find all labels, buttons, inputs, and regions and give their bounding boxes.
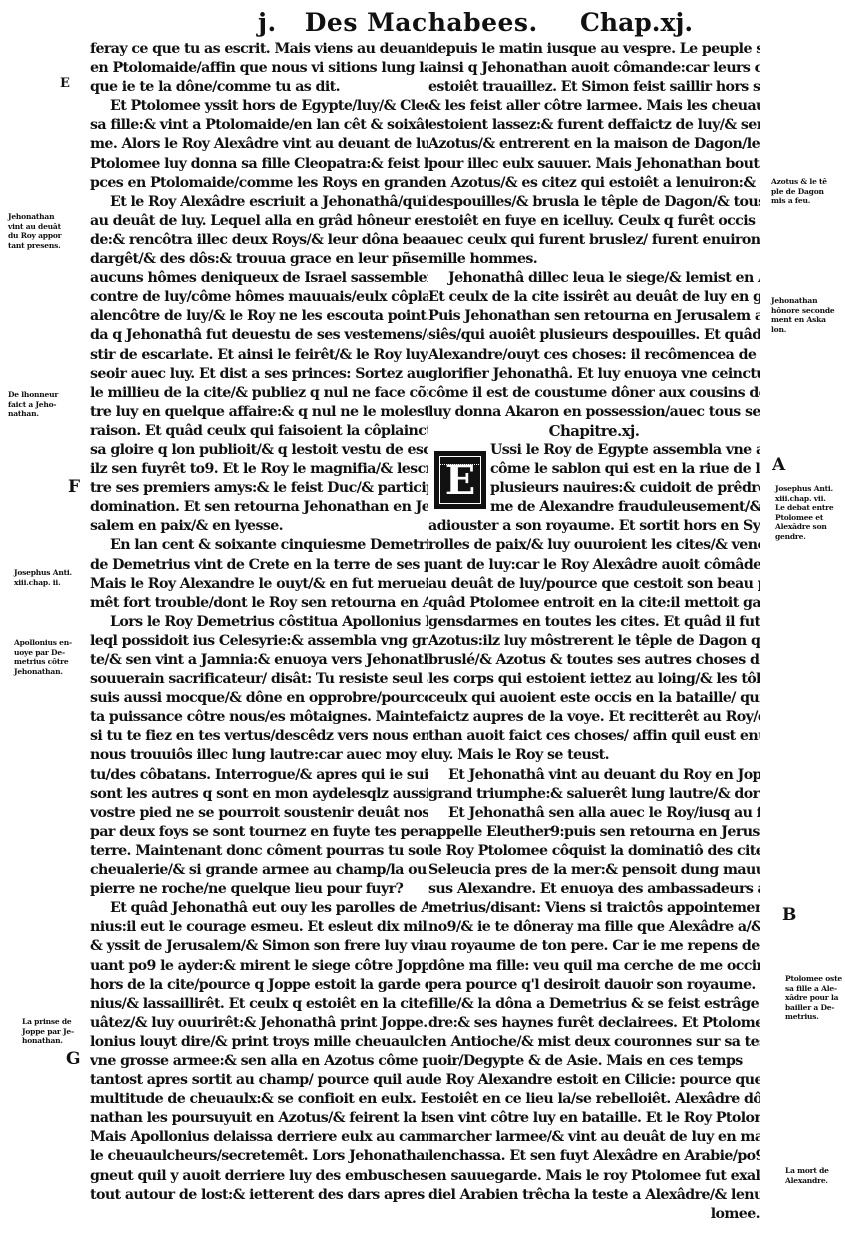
text-line: Et Jehonathâ sen alla auec le Roy/iusq a… [428,804,760,823]
text-line: au deuât de luy. Lequel alla en grâd hôn… [90,212,428,231]
margin-note-line: tant presens. [8,241,70,251]
right-text-column: depuis le matin iusque au vespre. Le peu… [428,40,760,1224]
text-line: lonius louyt dire/& print troys mille ch… [90,1033,428,1052]
margin-note-line: vint au deuât [8,222,70,232]
margin-note-line: Ptolomee et [775,513,841,523]
text-line: le Roy Alexandre estoit en Cilicie: pour… [428,1071,760,1090]
section-letter-mark: F [68,477,80,497]
margin-note-line: xiii.chap. ii. [14,578,76,588]
text-line: ilz sen fuyrêt to9. Et le Roy le magnifi… [90,460,428,479]
text-line: mille hommes. [428,250,760,269]
text-line: & yssit de Jerusalem/& Simon son frere l… [90,937,428,956]
margin-note-line: Jehonathan. [14,667,76,677]
text-line: lomee. [428,1205,760,1224]
text-line: me. Alors le Roy Alexâdre vint au deuant… [90,135,428,154]
text-line: nathan les poursuyuit en Azotus/& feiren… [90,1109,428,1128]
text-line: tre luy en quelque affaire:& q nul ne le… [90,403,428,422]
text-line: gensdarmes en toutes les cites. Et quâd … [428,613,760,632]
text-line: si tu te fiez en tes vertus/descêdz vers… [90,727,428,746]
margin-note-line: Josephus Anti. [14,568,76,578]
text-line: en sauuegarde. Mais le roy Ptolomee fut … [428,1167,760,1186]
margin-note-line: Azotus & le tê [771,177,837,187]
text-line: vne grosse armee:& sen alla en Azotus cô… [90,1052,428,1071]
margin-note-line: Alexâdre son [775,522,841,532]
text-line: alencôtre de luy/& le Roy ne les escouta… [90,307,428,326]
text-line: pces en Ptolomaide/comme les Roys en gra… [90,174,428,193]
text-line: souuerain sacrificateur/ disât: Tu resis… [90,670,428,689]
text-line: adiouster a son royaume. Et sortit hors … [428,517,760,536]
text-line: le Roy Ptolomee côquist la dominatiô des… [428,842,760,861]
text-line: ta puissance côtre nous/es môtaignes. Ma… [90,708,428,727]
text-line: les corps qui estoient iettez au loing/&… [428,670,760,689]
text-line: que ie te la dône/comme tu as dit. [90,78,428,97]
chapter-running-head: Chap.xj. [580,8,693,37]
text-line: despouilles/& brusla le têple de Dagon/&… [428,193,760,212]
text-line: tu/des côbatans. Interrogue/& apres qui … [90,766,428,785]
text-line: côme il est de coustume dôner aux cousin… [428,384,760,403]
margin-note: Azotus & le têple de Dagonmis a feu. [771,177,837,206]
text-line: de Demetrius vint de Crete en la terre d… [90,556,428,575]
margin-note-line: metrius côtre [14,657,76,667]
margin-note-line: du Roy appor [8,231,70,241]
text-line: nous trouuiôs illec lung lautre:car auec… [90,746,428,765]
text-line: sus Alexandre. Et enuoya des ambassadeur… [428,880,760,899]
margin-note: Jehonathanhônore secondement en Askalon. [771,296,837,334]
margin-note-line: gendre. [775,532,841,542]
text-line: par deux foys se sont tournez en fuyte t… [90,823,428,842]
text-line: ceulx qui auoient este occis en la batai… [428,689,760,708]
text-line: dône ma fille: veu quil ma cerche de me … [428,957,760,976]
book-title: Des Machabees. [305,8,538,37]
margin-note-line: Le debat entre [775,503,841,513]
book-number: j. [258,8,277,37]
margin-note-line: honathan. [22,1036,84,1046]
margin-note-line: La prinse de [22,1017,84,1027]
margin-note-line: Josephus Anti. [775,484,841,494]
text-line: no9/& ie te dôneray ma fille que Alexâdr… [428,918,760,937]
text-line: metrius/disant: Viens si traictôs appoin… [428,899,760,918]
text-line: da q Jehonathâ fut deuestu de ses vestem… [90,326,428,345]
text-line: Jehonathâ dillec leua le siege/& lemist … [428,269,760,288]
margin-note-line: Jehonathan [8,212,70,222]
margin-note-line: Ptolomee oste [785,974,845,984]
text-line: Seleucia pres de la mer:& pensoit dung m… [428,861,760,880]
margin-note-line: metrius. [785,1012,845,1022]
text-line: dargêt/& des dôs:& trouua grace en leur … [90,250,428,269]
text-line: en Ptolomaide/affin que nous vi sitions … [90,59,428,78]
section-letter-mark: G [66,1049,81,1069]
text-line: rolles de paix/& luy ouuroient les cites… [428,536,760,555]
text-line: nius:il eut le courage esmeu. Et esleut … [90,918,428,937]
text-line: cheualerie/& si grande armee au champ/la… [90,861,428,880]
text-line: uant po9 le ayder:& mirent le siege côtr… [90,957,428,976]
text-line: Azotus:ilz luy môstrerent le têple de Da… [428,632,760,651]
text-line: stir de escarlate. Et ainsi le feirêt/& … [90,346,428,365]
text-line: sa fille:& vint a Ptolomaide/en lan cêt … [90,116,428,135]
text-line: fille/& la dôna a Demetrius & se feist e… [428,995,760,1014]
text-line: sa gloire q lon publioit/& q lestoit ves… [90,441,428,460]
text-line: pour illec eulx sauuer. Mais Jehonathan … [428,155,760,174]
text-line: Mais Apollonius delaissa derriere eulx a… [90,1128,428,1147]
margin-note: Ptolomee ostesa fille a Ale-xâdre pour l… [785,974,845,1022]
margin-note-line: xiii.chap. vii. [775,494,841,504]
text-line: Et quâd Jehonathâ eut ouy les parolles d… [90,899,428,918]
section-letter-mark: B [782,905,796,925]
text-line: seoir auec luy. Et dist a ses princes: S… [90,365,428,384]
text-line: contre de luy/côme hômes mauuais/eulx cô… [90,288,428,307]
text-line: glorifier Jehonathâ. Et luy enuoya vne c… [428,365,760,384]
text-line: Mais le Roy Alexandre le ouyt/& en fut m… [90,575,428,594]
text-line: en Antioche/& mist deux couronnes sur sa… [428,1033,760,1052]
margin-note-line: Alexandre. [785,1176,845,1186]
margin-note-line: Joppe par Je- [22,1027,84,1037]
text-line: le millieu de la cite/& publiez q nul ne… [90,384,428,403]
text-line: estoiêt en ce lieu la/se rebelloiêt. Ale… [428,1090,760,1109]
text-line: bruslé/& Azotus & toutes ses autres chos… [428,651,760,670]
section-letter-mark: A [772,455,785,475]
book-title-header: j.Des Machabees. [258,8,538,37]
margin-note: De lhonneurfaict a Jeho-nathan. [8,390,70,419]
text-line: sont les autres q sont en mon aydelesqlz… [90,785,428,804]
text-line: pierre ne roche/ne quelque lieu pour fuy… [90,880,428,899]
right-column-text-after-chapter: Ussi le Roy de Egypte assembla vne armee… [428,441,760,1224]
initial-letter-glyph: E [439,456,481,504]
text-line: nius/& lassaillirêt. Et ceulx q estoiêt … [90,995,428,1014]
text-line: de:& rencôtra illec deux Roys/& leur dôn… [90,231,428,250]
left-text-column: feray ce que tu as escrit. Mais viens au… [90,40,428,1205]
margin-note: Apollonius en-uoye par De-metrius côtreJ… [14,638,76,676]
text-line: terre. Maintenant donc côment pourras tu… [90,842,428,861]
text-line: Ptolomee luy donna sa fille Cleopatra:& … [90,155,428,174]
text-line: uant de luy:car le Roy Alexâdre auoit cô… [428,556,760,575]
margin-note-line: uoye par De- [14,648,76,658]
text-line: En lan cent & soixante cinquiesme Demetr… [90,536,428,555]
margin-note-line: xâdre pour la [785,993,845,1003]
text-line: Azotus/& entrerent en la maison de Dagon… [428,135,760,154]
text-line: suis aussi mocque/& dône en opprobre/pou… [90,689,428,708]
text-line: siês/qui auoiêt plusieurs despouilles. E… [428,326,760,345]
margin-note-line: bailler a De- [785,1003,845,1013]
text-line: luy. Mais le Roy se teust. [428,746,760,765]
text-line: luy donna Akaron en possession/auec tous… [428,403,760,422]
margin-note-line: La mort de [785,1166,845,1176]
margin-note-line: Jehonathan [771,296,837,306]
margin-note-line: Apollonius en- [14,638,76,648]
text-line: tre ses premiers amys:& le feist Duc/& p… [90,479,428,498]
text-line: tout autour de lost:& ietterent des dars… [90,1186,428,1205]
margin-note-line: ment en Aska [771,315,837,325]
text-line: dre:& ses haynes furêt declairees. Et Pt… [428,1014,760,1033]
margin-note-line: ple de Dagon [771,187,837,197]
text-line: depuis le matin iusque au vespre. Le peu… [428,40,760,59]
text-line: raison. Et quâd ceulx qui faisoient la c… [90,422,428,441]
margin-note-line: lon. [771,325,837,335]
margin-note: La prinse deJoppe par Je-honathan. [22,1017,84,1046]
margin-note-line: hônore seconde [771,306,837,316]
text-line: vostre pied ne se pourroit soustenir deu… [90,804,428,823]
text-line: le cheuaulcheurs/secretemêt. Lors Jehona… [90,1147,428,1166]
text-line: uâtez/& luy ouurirêt:& Jehonathâ print J… [90,1014,428,1033]
text-line: auec ceulx qui furent bruslez/ furent en… [428,231,760,250]
decorated-initial-letter: E [434,451,486,509]
margin-note-line: sa fille a Ale- [785,984,845,994]
text-line: te/& sen vint a Jamnia:& enuoya vers Jeh… [90,651,428,670]
text-line: estoient lassez:& furent deffaictz de lu… [428,116,760,135]
text-line: mêt fort trouble/dont le Roy sen retourn… [90,594,428,613]
text-line: appelle Eleuther9:puis sen retourna en J… [428,823,760,842]
text-line: ainsi q Jehonathan auoit cômande:car leu… [428,59,760,78]
text-line: hors de la cite/pource q Joppe estoit la… [90,976,428,995]
text-line: multitude de cheuaulx:& se confioit en e… [90,1090,428,1109]
text-line: aucuns hômes deniqueux de Israel sassemb… [90,269,428,288]
text-line: Et ceulx de la cite issirêt au deuât de … [428,288,760,307]
text-line: estoiêt trauaillez. Et Simon feist saill… [428,78,760,97]
text-line: marcher larmee/& vint au deuât de luy en… [428,1128,760,1147]
text-line: than auoit faict ces choses/ affin quil … [428,727,760,746]
text-line: tantost apres sortit au champ/ pource qu… [90,1071,428,1090]
section-letter-mark: E [60,76,70,91]
text-line: lenchassa. Et sen fuyt Alexâdre en Arabi… [428,1147,760,1166]
text-line: faictz aupres de la voye. Et recitterêt … [428,708,760,727]
text-line: grand triumphe:& saluerêt lung lautre/& … [428,785,760,804]
chapter-heading: Chapitre.xj. [428,422,760,441]
text-line: feray ce que tu as escrit. Mais viens au… [90,40,428,59]
margin-note-line: De lhonneur [8,390,70,400]
printed-page: j.Des Machabees. Chap.xj. feray ce que t… [0,0,845,1234]
margin-note-line: nathan. [8,409,70,419]
text-line: leql possidoit ius Celesyrie:& assembla … [90,632,428,651]
margin-note: Josephus Anti.xiii.chap. vii.Le debat en… [775,484,841,541]
text-line: salem en paix/& en lyesse. [90,517,428,536]
text-line: sen vint côtre luy en bataille. Et le Ro… [428,1109,760,1128]
text-line: diel Arabien trêcha la teste a Alexâdre/… [428,1186,760,1205]
text-line: Lors le Roy Demetrius côstitua Apolloniu… [90,613,428,632]
right-column-text-before-chapter: depuis le matin iusque au vespre. Le peu… [428,40,760,422]
margin-note-line: mis a feu. [771,196,837,206]
text-line: Et Ptolomee yssit hors de Egypte/luy/& C… [90,97,428,116]
text-line: & les feist aller côtre larmee. Mais les… [428,97,760,116]
text-line: au deuât de luy/pource que cestoit son b… [428,575,760,594]
text-line: Alexandre/ouyt ces choses: il recômencea… [428,346,760,365]
text-line: Et le Roy Alexâdre escriuit a Jehonathâ/… [90,193,428,212]
text-line: en Azotus/& es citez qui estoiêt a lenui… [428,174,760,193]
text-line: pera pource q'l desiroit dauoir son roya… [428,976,760,995]
text-line: uoir/Degypte & de Asie. Mais en ces temp… [428,1052,760,1071]
text-line: quâd Ptolomee entroit en la cite:il mett… [428,594,760,613]
text-line: domination. Et sen retourna Jehonathan e… [90,498,428,517]
text-line: Puis Jehonathan sen retourna en Jerusale… [428,307,760,326]
margin-note: Jehonathanvint au deuâtdu Roy apportant … [8,212,70,250]
margin-note: Josephus Anti.xiii.chap. ii. [14,568,76,587]
margin-note-line: faict a Jeho- [8,400,70,410]
text-line: Et Jehonathâ vint au deuant du Roy en Jo… [428,766,760,785]
margin-note: La mort deAlexandre. [785,1166,845,1185]
text-line: au royaume de ton pere. Car ie me repens… [428,937,760,956]
text-line: gneut quil y auoit derriere luy des embu… [90,1167,428,1186]
text-line: estoiêt en fuye en icelluy. Ceulx q furê… [428,212,760,231]
